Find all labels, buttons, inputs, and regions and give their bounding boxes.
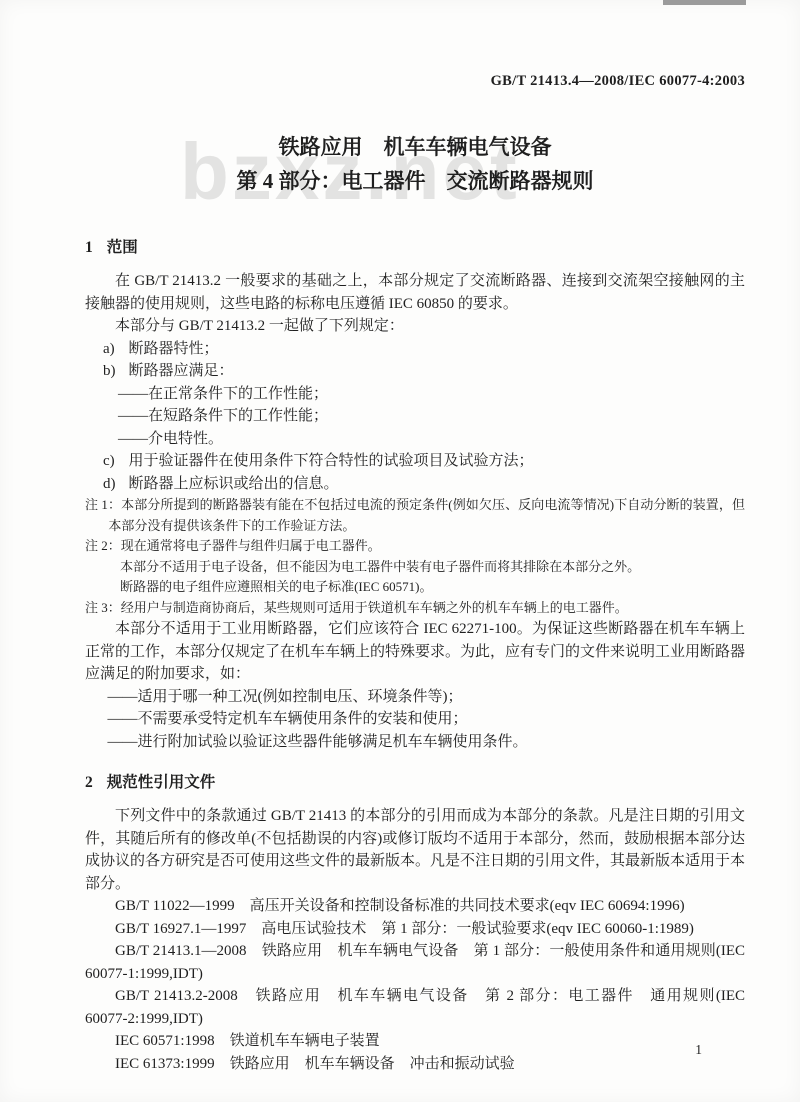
document-body: 1范围 在 GB/T 21413.2 一般要求的基础之上，本部分规定了交流断路器…: [85, 238, 745, 1075]
scope-item-d-label: d): [103, 473, 129, 496]
scope-dash-item-2: ——不需要承受特定机车车辆使用条件的安装和使用；: [85, 708, 745, 731]
note-1-label: 注 1：: [85, 497, 121, 512]
note-1: 注 1：本部分所提到的断路器装有能在不包括过电流的预定条件(例如欠压、反向电流等…: [85, 495, 745, 536]
scope-item-b: b)断路器应满足：: [85, 360, 745, 383]
document-page: GB/T 21413.4—2008/IEC 60077-4:2003 bzxz.…: [0, 0, 800, 1102]
reference-item-5: IEC 60571:1998 铁道机车车辆电子装置: [85, 1030, 745, 1053]
reference-item-3: GB/T 21413.1—2008 铁路应用 机车车辆电气设备 第 1 部分：一…: [85, 940, 745, 985]
section-1-title: 范围: [107, 239, 138, 256]
document-title: 铁路应用 机车车辆电气设备 第 4 部分：电工器件 交流断路器规则: [85, 130, 745, 198]
note-2: 注 2：现在通常将电子器件与组件归属于电工器件。: [85, 536, 745, 557]
note-3-text: 经用户与制造商协商后，某些规则可适用于铁道机车车辆之外的机车车辆上的电工器件。: [121, 600, 628, 615]
document-title-line1: 铁路应用 机车车辆电气设备: [85, 130, 745, 164]
note-3-label: 注 3：: [85, 600, 121, 615]
note-3: 注 3：经用户与制造商协商后，某些规则可适用于铁道机车车辆之外的机车车辆上的电工…: [85, 598, 745, 619]
scope-notes: 注 1：本部分所提到的断路器装有能在不包括过电流的预定条件(例如欠压、反向电流等…: [85, 495, 745, 618]
scope-item-b-sub-2: ——在短路条件下的工作性能；: [85, 405, 745, 428]
standard-code: GB/T 21413.4—2008/IEC 60077-4:2003: [85, 72, 745, 90]
reference-item-1: GB/T 11022—1999 高压开关设备和控制设备标准的共同技术要求(eqv…: [85, 895, 745, 918]
scope-item-b-text: 断路器应满足：: [129, 363, 234, 379]
scope-item-b-sub-1: ——在正常条件下的工作性能；: [85, 383, 745, 406]
scope-dash-item-3: ——进行附加试验以验证这些器件能够满足机车车辆使用条件。: [85, 731, 745, 754]
note-2-continuation-2: 断路器的电子组件应遵照相关的电子标准(IEC 60571)。: [85, 577, 745, 598]
reference-item-2: GB/T 16927.1—1997 高电压试验技术 第 1 部分：一般试验要求(…: [85, 918, 745, 941]
scope-item-d: d)断路器上应标识或给出的信息。: [85, 473, 745, 496]
note-2-label: 注 2：: [85, 538, 121, 553]
scope-item-a-text: 断路器特性；: [129, 341, 219, 357]
scan-artifact-bar: [663, 0, 746, 5]
scope-item-a-label: a): [103, 338, 129, 361]
section-2-number: 2: [85, 774, 93, 791]
scope-item-c: c)用于验证器件在使用条件下符合特性的试验项目及试验方法；: [85, 450, 745, 473]
scope-item-b-sub-3: ——介电特性。: [85, 428, 745, 451]
scope-item-d-text: 断路器上应标识或给出的信息。: [129, 476, 339, 492]
scope-item-a: a)断路器特性；: [85, 338, 745, 361]
scope-paragraph-1: 在 GB/T 21413.2 一般要求的基础之上，本部分规定了交流断路器、连接到…: [85, 270, 745, 315]
section-2-heading: 2规范性引用文件: [85, 773, 745, 793]
note-1-text: 本部分所提到的断路器装有能在不包括过电流的预定条件(例如欠压、反向电流等情况)下…: [108, 497, 745, 533]
document-title-line2: 第 4 部分：电工器件 交流断路器规则: [85, 164, 745, 198]
section-1-heading: 1范围: [85, 238, 745, 258]
references-intro: 下列文件中的条款通过 GB/T 21413 的本部分的引用而成为本部分的条款。凡…: [85, 805, 745, 895]
reference-item-4: GB/T 21413.2-2008 铁路应用 机车车辆电气设备 第 2 部分：电…: [85, 985, 745, 1030]
page-number: 1: [695, 1042, 702, 1058]
note-2-text: 现在通常将电子器件与组件归属于电工器件。: [121, 538, 381, 553]
scope-item-c-label: c): [103, 450, 129, 473]
scope-paragraph-3: 本部分不适用于工业用断路器，它们应该符合 IEC 62271-100。为保证这些…: [85, 618, 745, 686]
scope-paragraph-2: 本部分与 GB/T 21413.2 一起做了下列规定：: [85, 315, 745, 338]
scope-item-b-label: b): [103, 360, 129, 383]
note-2-continuation-1: 本部分不适用于电子设备，但不能因为电工器件中装有电子器件而将其排除在本部分之外。: [85, 557, 745, 578]
scope-item-c-text: 用于验证器件在使用条件下符合特性的试验项目及试验方法；: [129, 453, 534, 469]
scope-dash-item-1: ——适用于哪一种工况(例如控制电压、环境条件等)；: [85, 686, 745, 709]
section-1-number: 1: [85, 239, 93, 256]
reference-item-6: IEC 61373:1999 铁路应用 机车车辆设备 冲击和振动试验: [85, 1053, 745, 1076]
section-2-title: 规范性引用文件: [107, 774, 216, 791]
